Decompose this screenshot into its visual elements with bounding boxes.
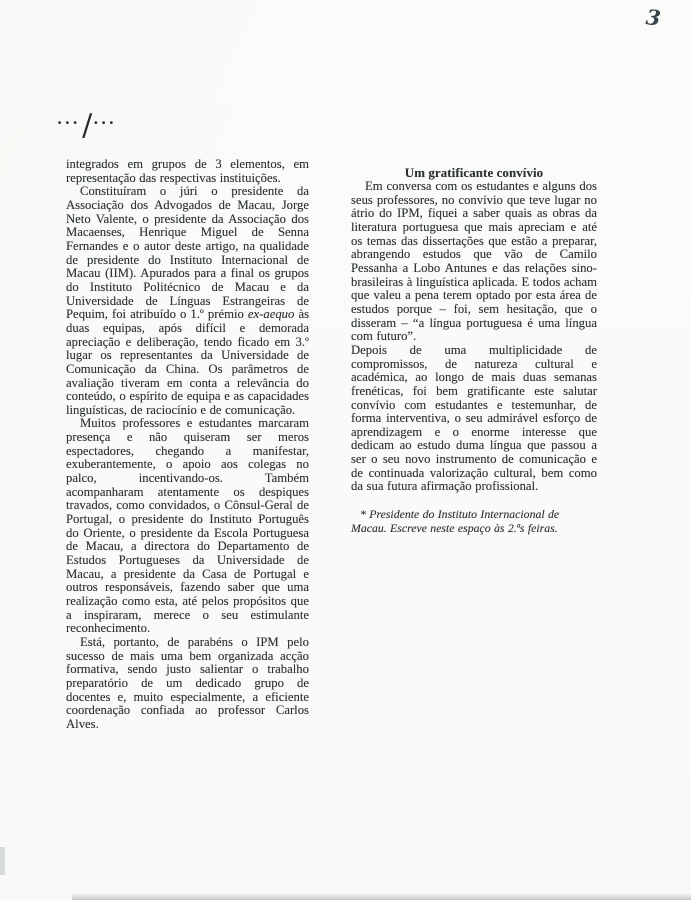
page-number: 3	[645, 4, 663, 31]
left-column: integrados em grupos de 3 elementos, em …	[66, 158, 309, 732]
paragraph-continued: integrados em grupos de 3 elementos, em …	[66, 158, 309, 185]
scan-edge-shadow	[72, 893, 691, 900]
paragraph-audience: Muitos professores e estudantes marcaram…	[66, 417, 309, 636]
paragraph-congrats: Está, portanto, de parabéns o IPM pelo s…	[66, 636, 309, 732]
paragraph-text: às duas equipas, após difícil e demorada…	[66, 307, 309, 417]
right-column: Um gratificante convívio Em conversa com…	[351, 166, 597, 535]
continuation-marker: ···/···	[57, 108, 116, 143]
paragraph-conversation: Em conversa com os estudantes e alguns d…	[351, 180, 597, 344]
article-heading: Um gratificante convívio	[351, 166, 597, 180]
paragraph-text: Constituíram o júri o presidente da Asso…	[66, 184, 309, 321]
paragraph-jury: Constituíram o júri o presidente da Asso…	[66, 185, 309, 417]
marker-slash-icon: /	[82, 108, 92, 143]
scan-edge-mark	[0, 847, 5, 875]
author-footnote: * Presidente do Instituto Internacional …	[351, 507, 597, 535]
marker-dots-right: ···	[93, 114, 116, 132]
latin-phrase: ex-aequo	[248, 307, 295, 321]
paragraph-reflection: Depois de uma multiplicidade de compromi…	[351, 344, 597, 494]
scanned-page: 3 ···/··· integrados em grupos de 3 elem…	[0, 0, 691, 900]
marker-dots-left: ···	[57, 114, 80, 132]
